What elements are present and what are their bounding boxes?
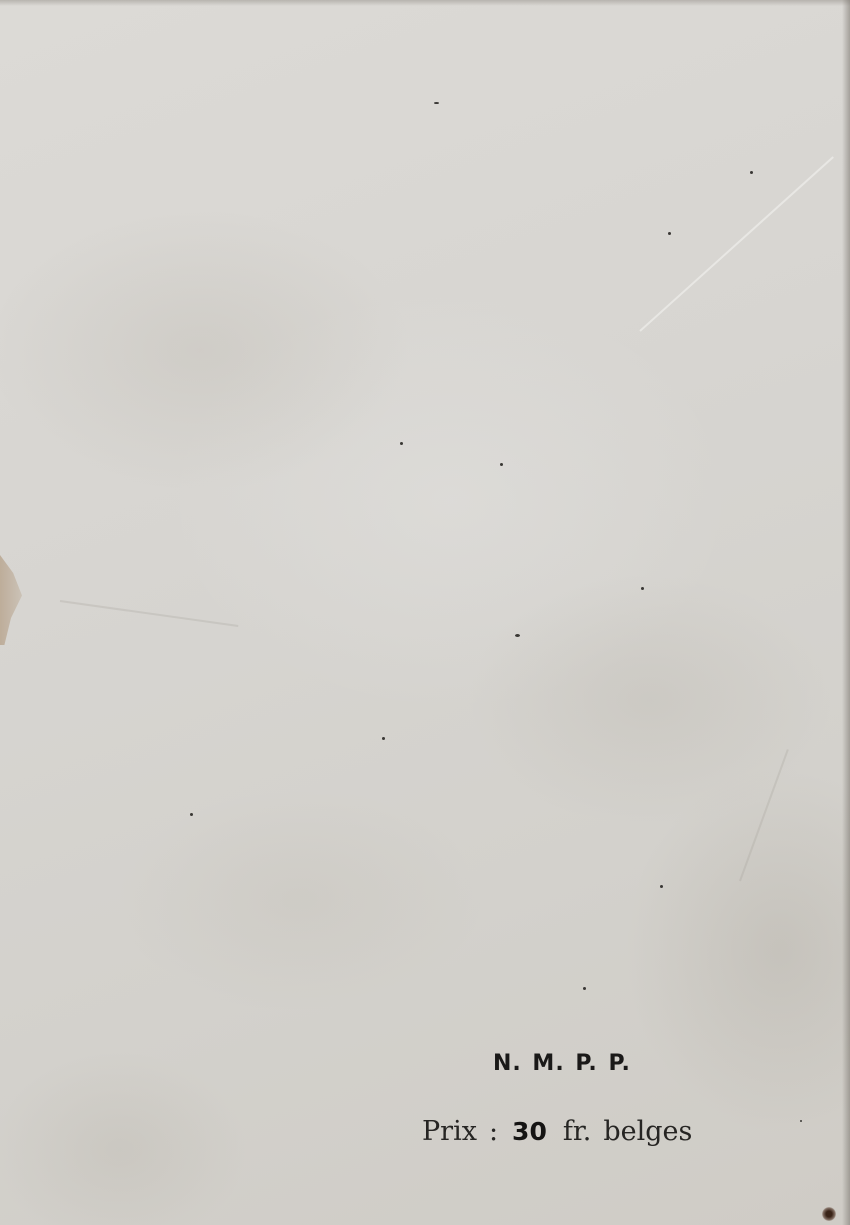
ink-spot <box>660 885 663 888</box>
ink-spot <box>668 232 671 235</box>
price-label: Prix <box>422 1116 477 1147</box>
ink-spot <box>750 171 753 174</box>
ink-spot <box>400 442 403 445</box>
back-cover-page: N. M. P. P. Prix:30fr.belges <box>0 0 850 1225</box>
price-amount: 30 <box>512 1117 547 1146</box>
ink-spot <box>190 813 193 816</box>
price-separator: : <box>489 1116 498 1147</box>
imprint-block: N. M. P. P. Prix:30fr.belges <box>0 0 850 1225</box>
paper-tear <box>0 555 22 645</box>
paper-crease <box>60 600 239 627</box>
ink-spot <box>641 587 644 590</box>
distributor-name: N. M. P. P. <box>493 1051 631 1076</box>
ink-spot <box>583 987 586 990</box>
ink-spot <box>800 1120 802 1122</box>
ink-spot <box>500 463 503 466</box>
ink-spot <box>434 102 439 104</box>
price-currency: belges <box>603 1116 692 1147</box>
paper-right-edge <box>842 0 850 1225</box>
ink-spot <box>382 737 385 740</box>
paper-crease <box>639 156 834 331</box>
price-line: Prix:30fr.belges <box>422 1116 692 1147</box>
paper-top-edge <box>0 0 850 6</box>
price-unit: fr. <box>563 1116 592 1147</box>
ink-spot <box>515 634 520 637</box>
corner-stain <box>822 1207 836 1221</box>
paper-crease <box>739 749 789 881</box>
